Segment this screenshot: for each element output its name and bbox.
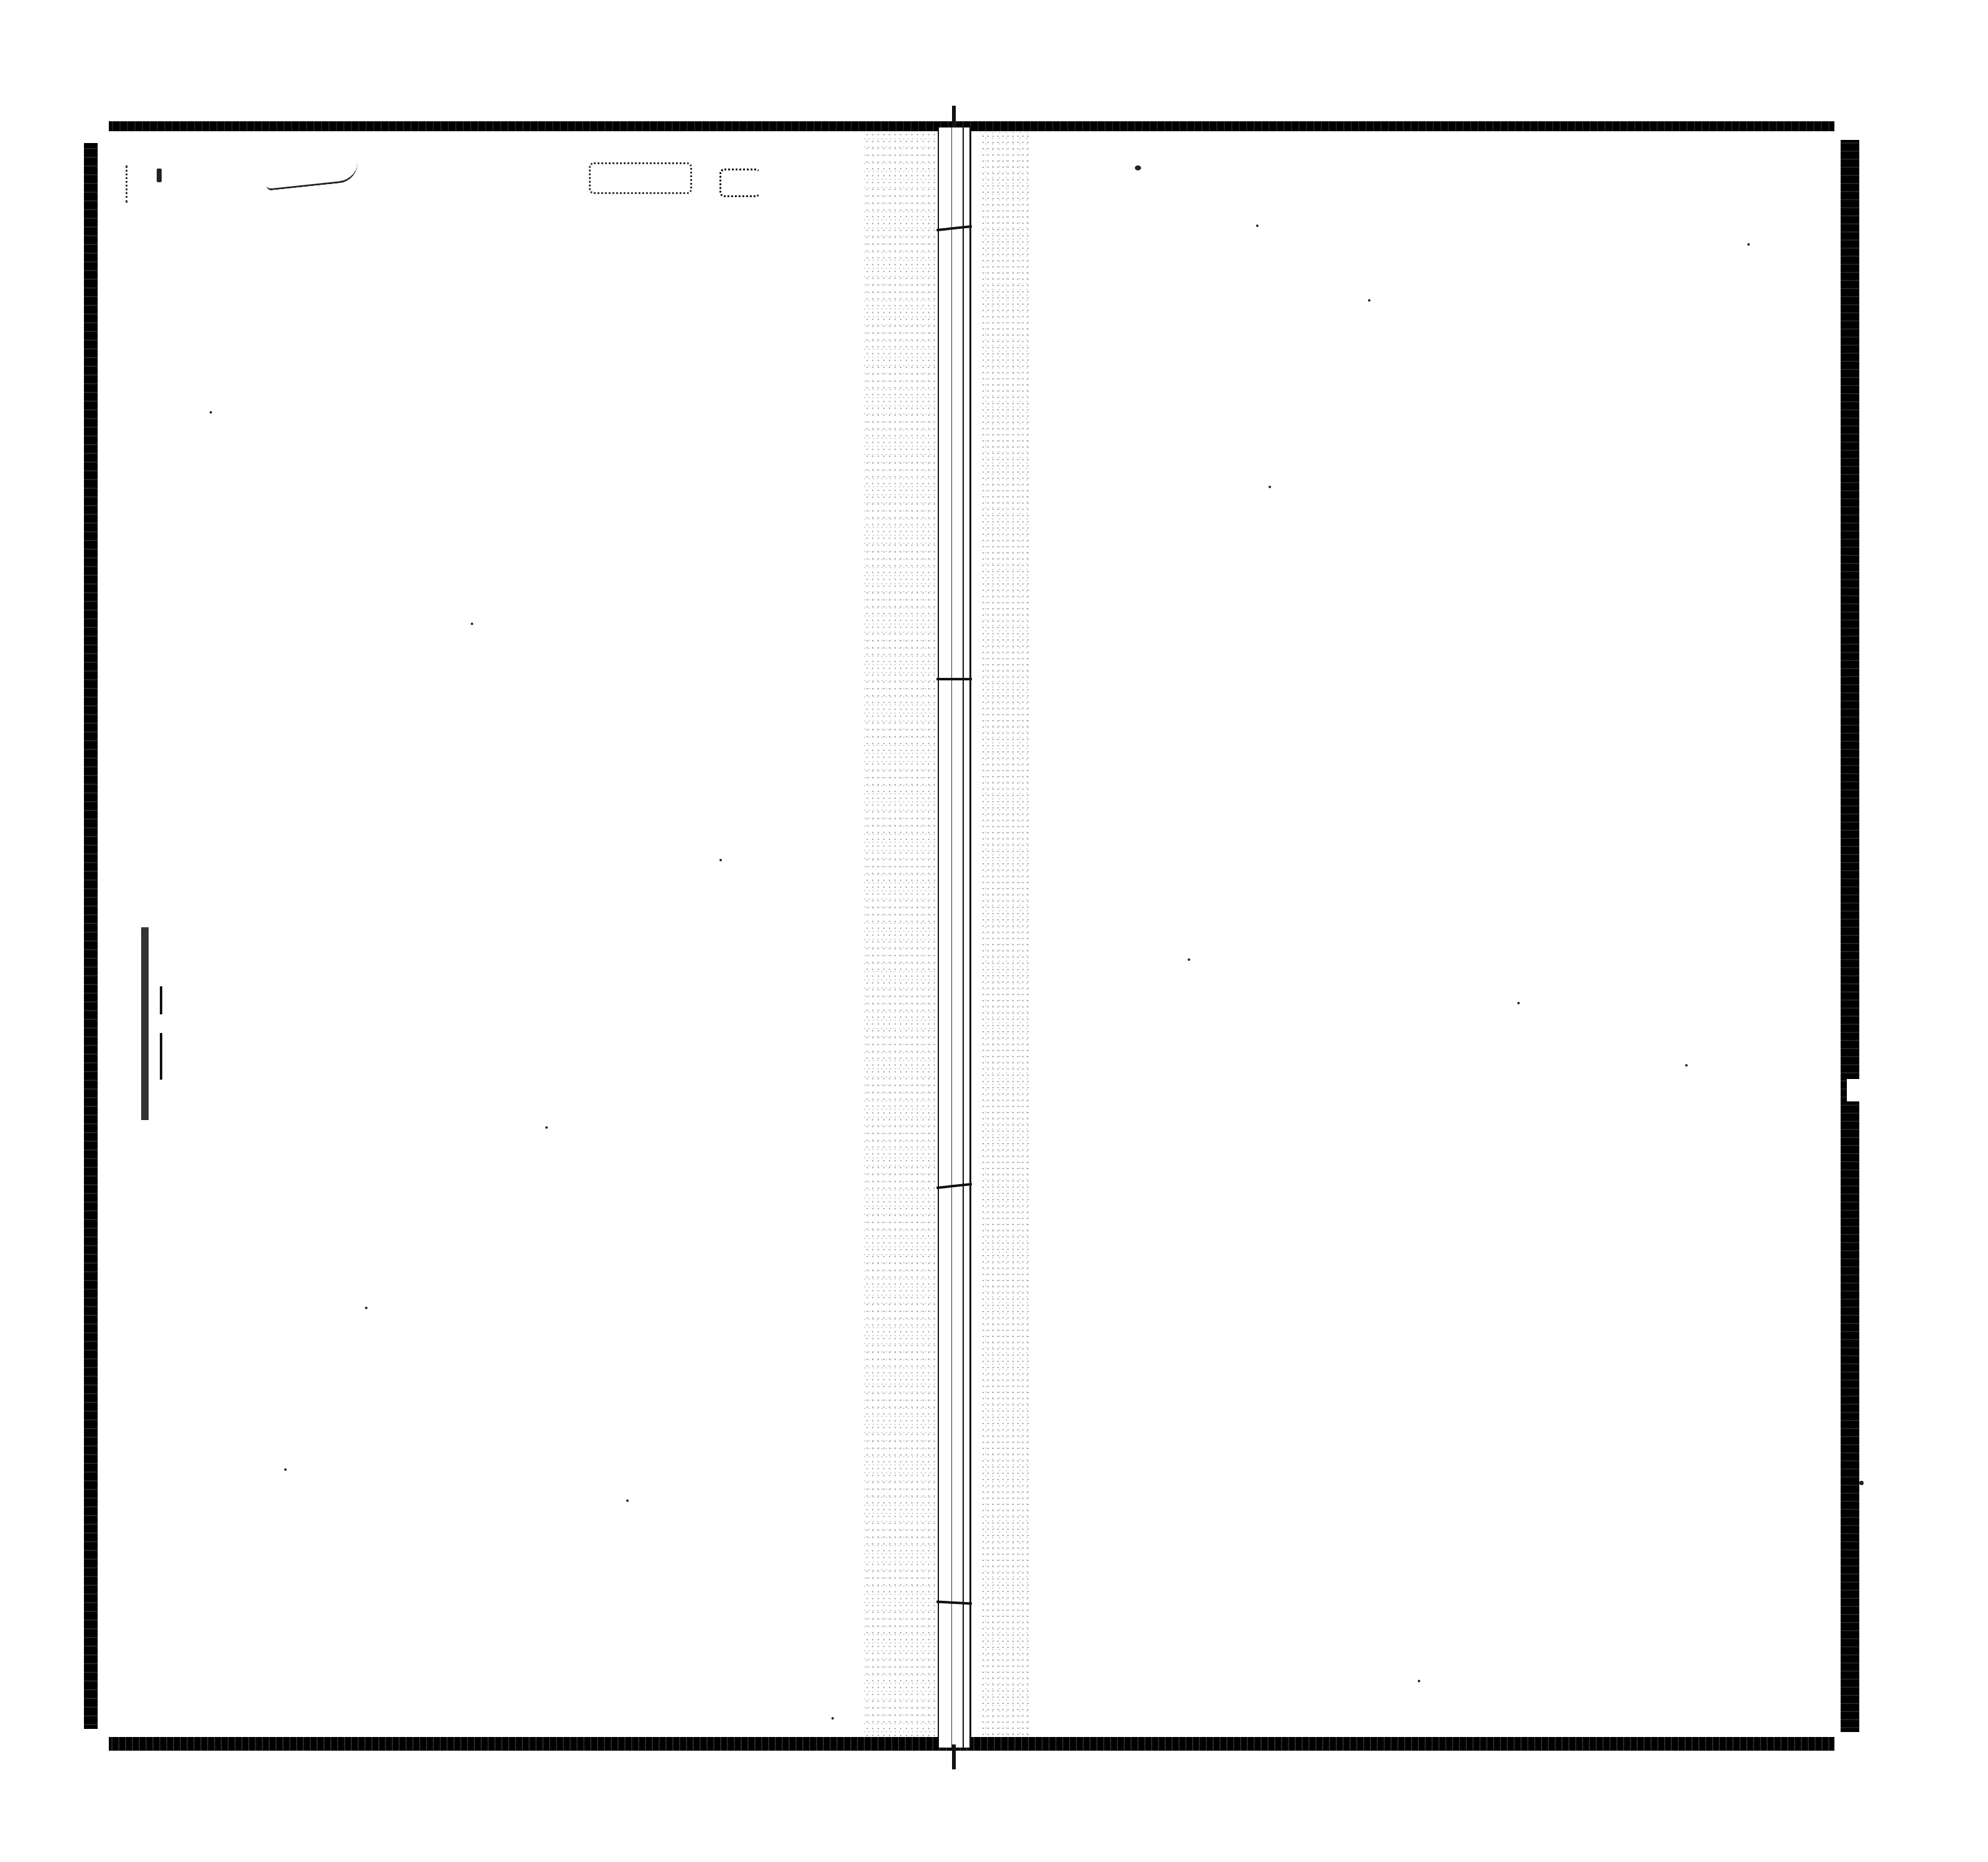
speck (831, 1717, 834, 1720)
oval-mark (589, 162, 692, 194)
speck (1188, 958, 1190, 961)
speck (1368, 299, 1371, 302)
top-smudge-1 (126, 165, 146, 203)
speck (1747, 243, 1750, 246)
speck (210, 411, 212, 414)
spine-crease (951, 127, 952, 1748)
speck (1859, 1481, 1864, 1485)
speck (545, 1126, 548, 1129)
speck (365, 1307, 368, 1309)
bracket-mark (719, 169, 761, 197)
top-smudge-2 (157, 169, 162, 182)
thread-tie (936, 225, 972, 231)
spine-top-tip (952, 106, 956, 131)
speck (1269, 486, 1271, 488)
thread-tie (936, 678, 972, 680)
speck (471, 623, 473, 625)
right-page (1032, 131, 1841, 1737)
thread-tie (936, 1601, 972, 1605)
speck (1418, 1680, 1420, 1682)
speck (719, 859, 722, 861)
left-page (98, 131, 943, 1737)
speck (284, 1468, 287, 1471)
thread-tie (936, 1183, 972, 1189)
right-edge-notch (1847, 1079, 1859, 1101)
cover-edge-left (84, 143, 98, 1729)
speck (1256, 225, 1259, 227)
left-margin-mark-1 (141, 927, 149, 1120)
cover-edge-right (1841, 140, 1859, 1732)
speck (626, 1499, 629, 1502)
left-margin-mark-2 (160, 986, 162, 1014)
speck (1517, 1002, 1520, 1004)
spine-strip (938, 127, 971, 1748)
speck (1685, 1064, 1688, 1067)
open-book (84, 121, 1859, 1751)
spine-bottom-tip (952, 1744, 956, 1769)
spine-crease (963, 127, 964, 1748)
book-spine (933, 106, 976, 1769)
speck (1135, 165, 1141, 170)
gutter-shading-right (979, 131, 1029, 1737)
wavy-mark (265, 160, 360, 190)
left-margin-mark-3 (160, 1033, 162, 1080)
